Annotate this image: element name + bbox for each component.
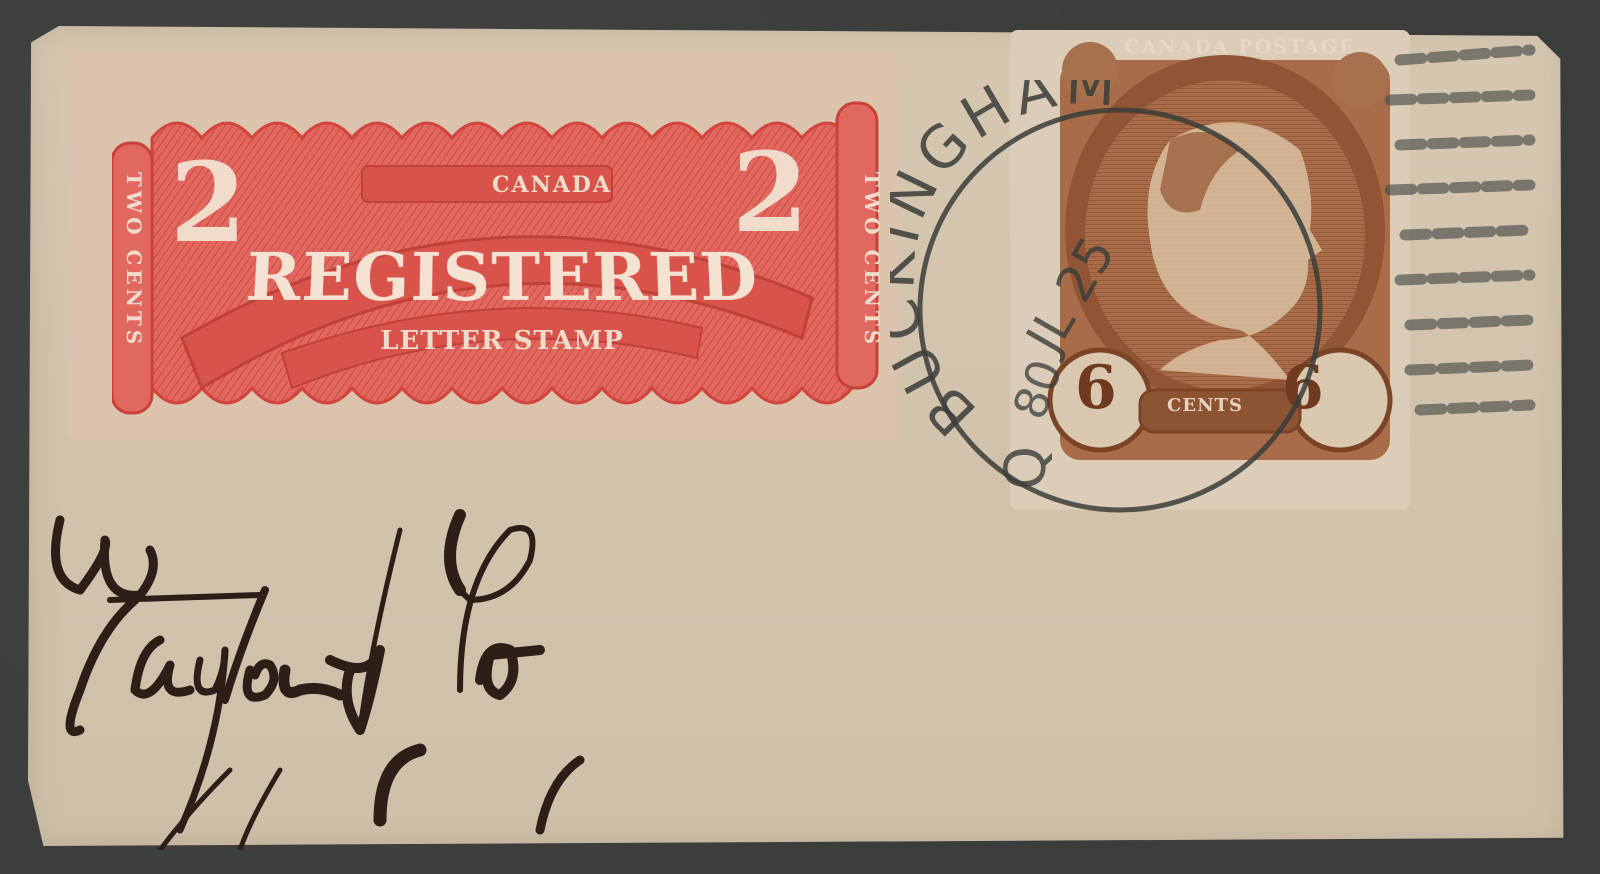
duplex-killer-bars: [1380, 40, 1540, 420]
side-text-right: TWO CENTS: [860, 130, 884, 390]
value-numeral-right: 2: [732, 138, 809, 248]
stamp-top-text: CANADA POSTAGE: [1090, 36, 1390, 58]
stamp-sub-text: LETTER STAMP: [292, 326, 712, 356]
handwritten-text: Taylor & Co: [90, 560, 997, 734]
six-numeral-left: 6: [1075, 358, 1117, 418]
stamp-country: CANADA: [472, 172, 632, 198]
registered-stamp: 2 2 CANADA REGISTERED LETTER STAMP TWO C…: [112, 98, 892, 428]
stamp-value-text: CENTS: [1140, 395, 1270, 416]
side-text-left: TWO CENTS: [122, 130, 146, 390]
stamp-main-word: REGISTERED: [189, 239, 815, 316]
cancel-bars-icon: [1380, 40, 1540, 420]
six-numeral-right: 6: [1282, 358, 1324, 418]
